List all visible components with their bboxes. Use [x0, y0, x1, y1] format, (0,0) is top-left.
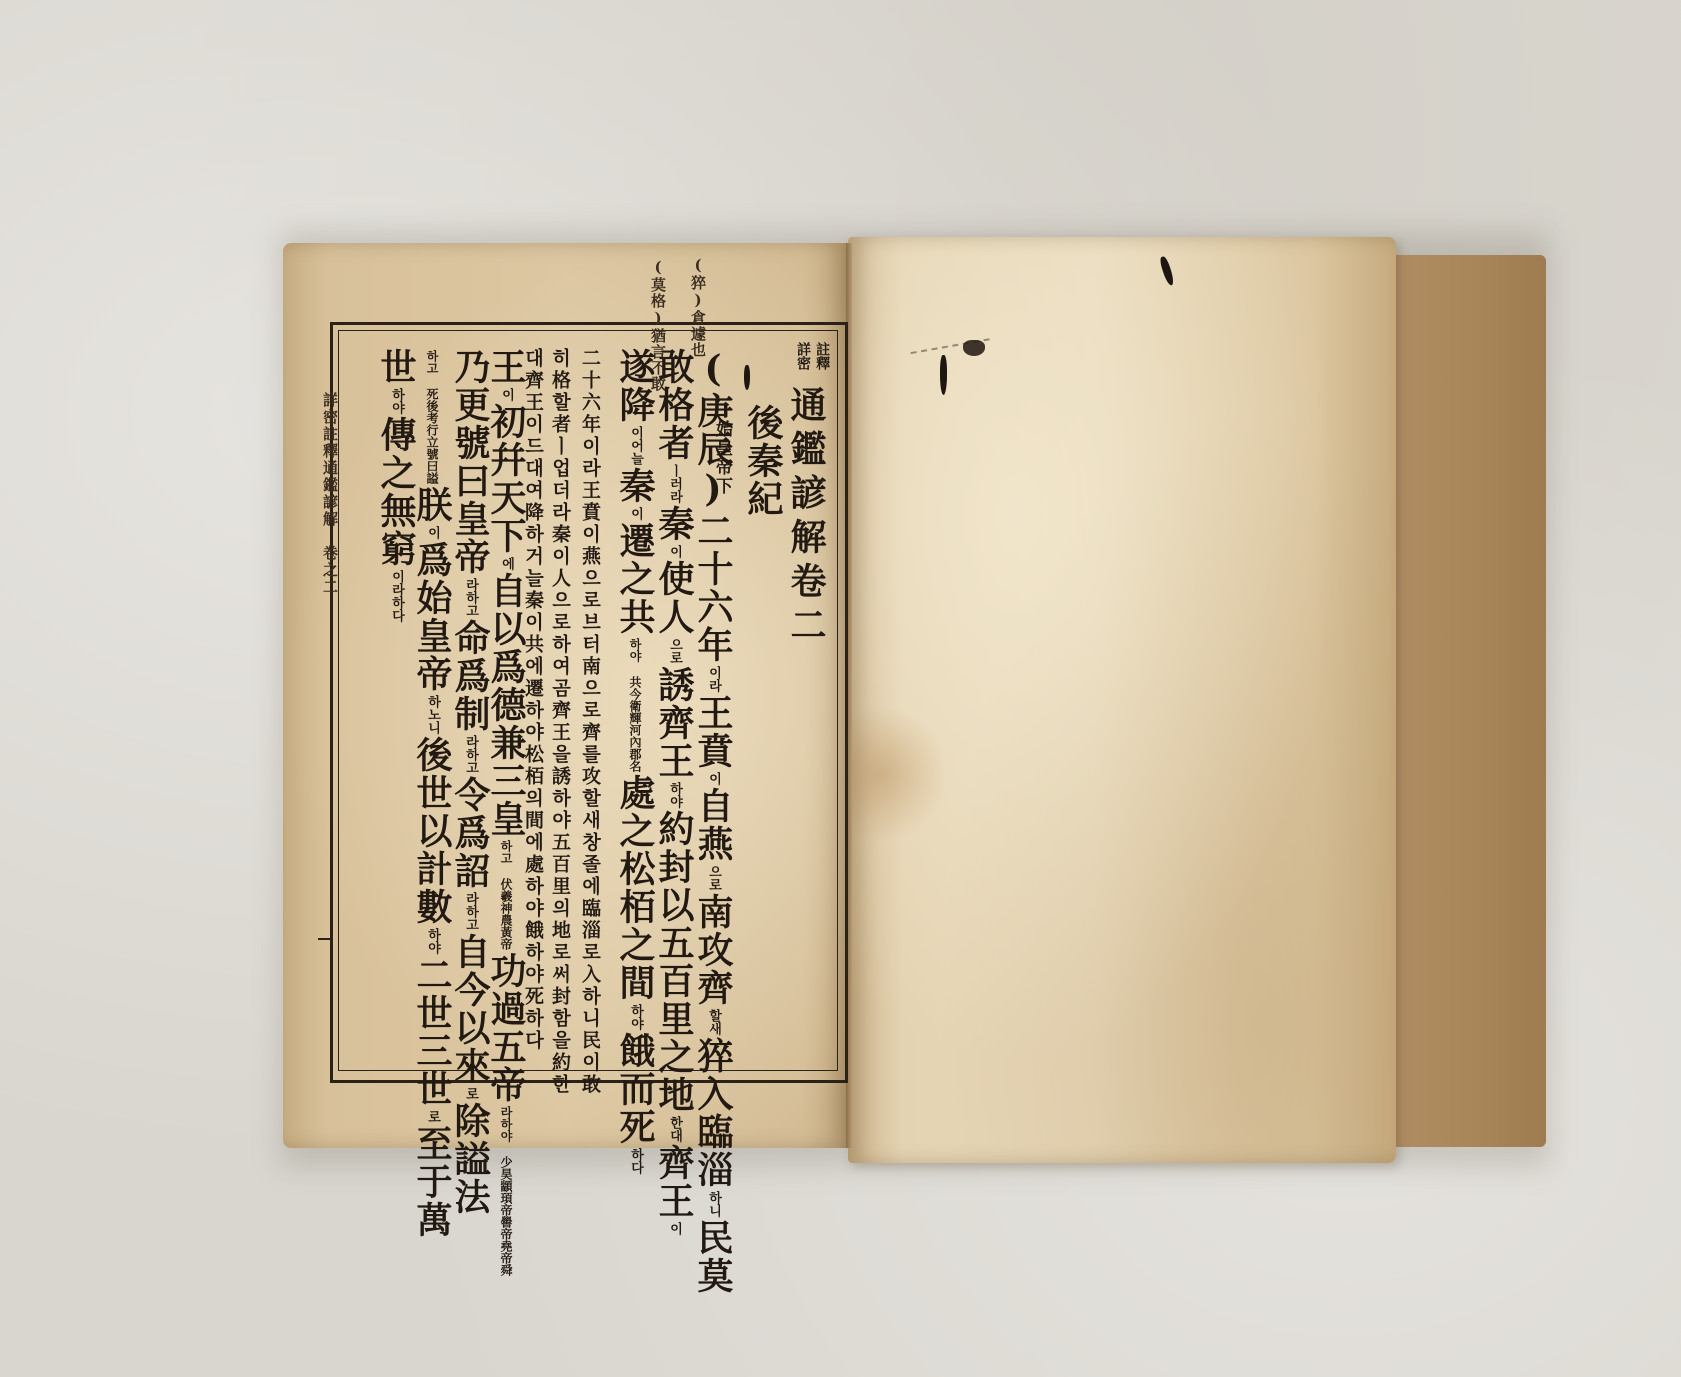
main-text: 王 — [485, 348, 527, 386]
back-cover — [1370, 255, 1546, 1147]
korean-gloss: 이라하다 — [390, 570, 403, 622]
main-text: 敢格者 — [653, 348, 695, 462]
main-text: 令爲詔 — [449, 776, 491, 890]
series-prefix-2: 註釋 — [815, 342, 829, 370]
korean-gloss: 로 — [464, 1087, 477, 1100]
series-prefix: 詳密 註釋 — [796, 342, 836, 374]
korean-gloss: 라하야 少昊顓頊帝嚳帝堯帝舜 — [500, 1106, 512, 1276]
main-text: 傳之無窮 — [375, 416, 417, 568]
text-column: 世하야傳之無窮이라하다 — [378, 348, 414, 624]
chapter-title: 後秦紀 — [745, 404, 781, 518]
main-text: 遷之共 — [614, 522, 656, 636]
main-text: 命爲制 — [449, 619, 491, 733]
korean-gloss: 하야 — [390, 388, 403, 414]
text-column: 히格할者ㅣ업더라秦이人으로하여곰齊王을誘하야五百里의地로써封함을約한 — [550, 348, 569, 1096]
main-text: 猝入臨淄 — [692, 1037, 734, 1189]
main-text: 至于萬 — [411, 1125, 453, 1239]
main-text: 二世三世 — [411, 956, 453, 1108]
korean-gloss: 하야 共今衛輝河內郡名 — [629, 638, 641, 772]
main-text: 功過五帝 — [485, 952, 527, 1104]
korean-gloss: 하니 — [707, 1191, 720, 1217]
main-text: 使人 — [653, 560, 695, 636]
ink-blot — [744, 365, 750, 390]
right-page-blank — [848, 237, 1396, 1163]
main-text: 王賁 — [692, 694, 734, 770]
main-text: 處之松栢之間 — [614, 774, 656, 1002]
korean-gloss: 으로 — [707, 865, 720, 891]
korean-gloss: 이 — [668, 545, 681, 558]
korean-gloss: 으로 — [668, 638, 681, 664]
korean-gloss: 이 — [707, 772, 720, 785]
main-text: 朕 — [411, 486, 453, 524]
series-prefix-1: 詳密 — [796, 342, 810, 370]
korean-gloss: 하노니 — [426, 695, 439, 734]
text-column: 二十六年이라王賁이燕으로브터南으로齊를攻할새창졸에臨淄로入하니民이敢 — [580, 348, 599, 1096]
korean-gloss: ㅣ러라 — [668, 464, 681, 503]
korean-gloss: 이 — [629, 507, 642, 520]
margin-tick — [318, 938, 330, 940]
margin-title: 詳密註釋通鑑諺解 — [322, 392, 337, 528]
text-column: 王이初幷天下에自以爲德兼三皇하고 伏羲神農黃帝功過五帝라하야 少昊顓頊帝嚳帝堯帝… — [488, 348, 524, 1278]
korean-gloss: 이어늘 — [629, 426, 642, 465]
main-text: 齊王 — [653, 1144, 695, 1220]
main-text: 秦 — [653, 505, 695, 543]
main-text: 自燕 — [692, 787, 734, 863]
book-title: 通鑑諺解 — [788, 386, 824, 562]
main-text: 히格할者ㅣ업더라秦이人으로하여곰齊王을誘하야五百里의地로써封함을約한 — [549, 348, 571, 1096]
main-text: 後世以計數 — [411, 736, 453, 926]
top-note-1: (猝)倉遽也 — [690, 256, 705, 358]
main-text: 初幷天下 — [485, 403, 527, 555]
volume-label: 卷二 — [788, 562, 824, 650]
main-text: 遂降 — [614, 348, 656, 424]
main-text: 餓而死 — [614, 1032, 656, 1146]
main-text: 除謚法 — [449, 1102, 491, 1216]
korean-gloss: 에 — [500, 557, 513, 570]
korean-gloss: 하야 — [426, 928, 439, 954]
korean-gloss: 한대 — [668, 1116, 681, 1142]
korean-gloss: 하야 — [629, 1004, 642, 1030]
main-text: (庚辰)二十六年 — [692, 348, 734, 664]
korean-gloss: 라하고 — [464, 578, 477, 617]
main-text: 自以爲德兼三皇 — [485, 572, 527, 838]
korean-gloss: 라하고 — [464, 735, 477, 774]
main-text: 約封以五百里之地 — [653, 810, 695, 1114]
text-column: 遂降이어늘秦이遷之共하야 共今衛輝河內郡名處之松栢之間하야餓而死하다 — [617, 348, 653, 1176]
main-text: 自今以來 — [449, 933, 491, 1085]
korean-gloss: 이 — [500, 388, 513, 401]
korean-gloss: 하야 — [668, 782, 681, 808]
korean-gloss: 이라 — [707, 666, 720, 692]
text-column: 乃更號曰皇帝라하고命爲制라하고令爲詔라하고自今以來로除謚法 — [452, 348, 488, 1216]
margin-volume: 卷之二 — [322, 545, 337, 596]
main-text: 乃更號曰皇帝 — [449, 348, 491, 576]
main-text: 爲始皇帝 — [411, 541, 453, 693]
text-column: 敢格者ㅣ러라秦이使人으로誘齊王하야約封以五百里之地한대齊王이 — [656, 348, 692, 1237]
korean-gloss: 할새 — [707, 1009, 720, 1035]
korean-gloss: 이 — [668, 1222, 681, 1235]
korean-gloss: 하고 死後考行立號曰謚 — [426, 350, 438, 484]
main-text: 世 — [375, 348, 417, 386]
main-text: 秦 — [614, 467, 656, 505]
main-text: 二十六年이라王賁이燕으로브터南으로齊를攻할새창졸에臨淄로入하니民이敢 — [579, 348, 601, 1096]
korean-gloss: 라하고 — [464, 892, 477, 931]
main-text: 南攻齊 — [692, 893, 734, 1007]
korean-gloss: 로 — [426, 1110, 439, 1123]
korean-gloss: 이 — [426, 526, 439, 539]
main-text: 誘齊王 — [653, 666, 695, 780]
main-text: 民莫 — [692, 1219, 734, 1295]
korean-gloss: 하다 — [629, 1148, 642, 1174]
korean-gloss: 하고 伏羲神農黃帝 — [500, 840, 512, 950]
text-column: (庚辰)二十六年이라王賁이自燕으로南攻齊할새猝入臨淄하니民莫 — [695, 348, 731, 1295]
text-column: 하고 死後考行立號曰謚朕이爲始皇帝하노니後世以計數하야二世三世로至于萬 — [414, 348, 450, 1239]
